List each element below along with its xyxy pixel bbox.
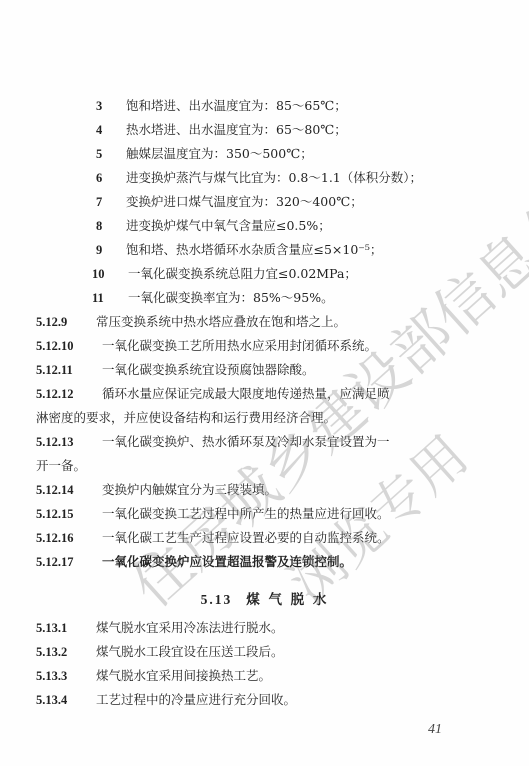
clause-number: 5.12.16 bbox=[36, 530, 102, 546]
item-number: 3 bbox=[96, 98, 126, 114]
clause-bold: 5.12.17一氧化碳变换炉应设置超温报警及连锁控制。 bbox=[36, 554, 352, 570]
clause-text: 变换炉内触媒宜分为三段装填。 bbox=[102, 482, 277, 497]
list-item: 4热水塔进、出水温度宜为：65～80℃； bbox=[96, 122, 347, 138]
item-number: 6 bbox=[96, 170, 126, 186]
clause-number: 5.13.3 bbox=[36, 668, 96, 684]
item-text: 一氧化碳变换率宜为：85%～95%。 bbox=[128, 290, 334, 305]
clause-number: 5.12.9 bbox=[36, 314, 96, 330]
item-text: 一氧化碳变换系统总阻力宜≤0.02MPa； bbox=[128, 266, 357, 281]
clause-text: 一氧化碳变换工艺所用热水应采用封闭循环系统。 bbox=[102, 338, 377, 353]
clause: 5.12.10一氧化碳变换工艺所用热水应采用封闭循环系统。 bbox=[36, 338, 377, 354]
clause-number: 5.13.1 bbox=[36, 620, 96, 636]
section-heading: 5.13煤 气 脱 水 bbox=[0, 588, 529, 608]
clause: 5.13.1煤气脱水宜采用冷冻法进行脱水。 bbox=[36, 620, 284, 636]
section-title: 煤 气 脱 水 bbox=[246, 592, 328, 608]
item-text: 进变换炉煤气中氧气含量应≤0.5%； bbox=[126, 218, 331, 233]
list-item: 11一氧化碳变换率宜为：85%～95%。 bbox=[96, 290, 334, 306]
clause: 5.13.4工艺过程中的冷量应进行充分回收。 bbox=[36, 692, 296, 708]
clause-number: 5.12.13 bbox=[36, 434, 102, 450]
list-item: 6进变换炉蒸汽与煤气比宜为：0.8～1.1（体积分数）； bbox=[96, 170, 422, 186]
clause-text: 煤气脱水宜采用间接换热工艺。 bbox=[96, 668, 271, 683]
item-number: 8 bbox=[96, 218, 126, 234]
clause: 5.13.2煤气脱水工段宜设在压送工段后。 bbox=[36, 644, 284, 660]
list-item: 7变换炉进口煤气温度宜为：320～400℃； bbox=[96, 194, 363, 210]
item-text: 热水塔进、出水温度宜为：65～80℃； bbox=[126, 122, 347, 137]
item-text: 触媒层温度宜为：350～500℃； bbox=[126, 146, 313, 161]
clause-number: 5.12.17 bbox=[36, 554, 102, 570]
list-item: 5触媒层温度宜为：350～500℃； bbox=[96, 146, 313, 162]
clause-text: 一氧化碳变换炉应设置超温报警及连锁控制。 bbox=[102, 554, 352, 569]
clause-text: 煤气脱水宜采用冷冻法进行脱水。 bbox=[96, 620, 284, 635]
item-number: 4 bbox=[96, 122, 126, 138]
clause-text: 一氧化碳变换系统宜设预腐蚀器除酸。 bbox=[102, 362, 315, 377]
clause-text: 循环水量应保证完成最大限度地传递热量，应满足喷 bbox=[102, 386, 390, 401]
clause-number: 5.13.4 bbox=[36, 692, 96, 708]
clause-text: 煤气脱水工段宜设在压送工段后。 bbox=[96, 644, 284, 659]
section-number: 5.13 bbox=[201, 592, 233, 607]
clause-number: 5.12.12 bbox=[36, 386, 102, 402]
item-number: 11 bbox=[92, 290, 128, 306]
clause-number: 5.12.11 bbox=[36, 362, 102, 378]
clause-text: 一氧化碳变换工艺过程中所产生的热量应进行回收。 bbox=[102, 506, 390, 521]
document-page: 3饱和塔进、出水温度宜为：85～65℃； 4热水塔进、出水温度宜为：65～80℃… bbox=[0, 0, 529, 766]
list-item: 10一氧化碳变换系统总阻力宜≤0.02MPa； bbox=[96, 266, 357, 282]
clause-number: 5.12.10 bbox=[36, 338, 102, 354]
list-item: 3饱和塔进、出水温度宜为：85～65℃； bbox=[96, 98, 347, 114]
page-number: 41 bbox=[428, 722, 442, 738]
clause: 5.12.11一氧化碳变换系统宜设预腐蚀器除酸。 bbox=[36, 362, 315, 378]
clause: 5.12.16一氧化碳工艺生产过程应设置必要的自动监控系统。 bbox=[36, 530, 390, 546]
clause-text: 工艺过程中的冷量应进行充分回收。 bbox=[96, 692, 296, 707]
list-item: 8进变换炉煤气中氧气含量应≤0.5%； bbox=[96, 218, 331, 234]
item-number: 9 bbox=[96, 242, 126, 258]
item-text: 饱和塔进、出水温度宜为：85～65℃； bbox=[126, 98, 347, 113]
list-item: 9饱和塔、热水塔循环水杂质含量应≤5×10⁻⁵； bbox=[96, 242, 382, 258]
item-number: 5 bbox=[96, 146, 126, 162]
clause: 5.12.13一氧化碳变换炉、热水循环泵及冷却水泵宜设置为一 bbox=[36, 434, 390, 450]
clause-continuation: 淋密度的要求，并应使设备结构和运行费用经济合理。 bbox=[36, 410, 336, 426]
clause-text: 常压变换系统中热水塔应叠放在饱和塔之上。 bbox=[96, 314, 346, 329]
clause-number: 5.12.14 bbox=[36, 482, 102, 498]
clause: 5.13.3煤气脱水宜采用间接换热工艺。 bbox=[36, 668, 271, 684]
item-number: 10 bbox=[92, 266, 128, 282]
item-number: 7 bbox=[96, 194, 126, 210]
clause: 5.12.9常压变换系统中热水塔应叠放在饱和塔之上。 bbox=[36, 314, 346, 330]
clause: 5.12.15一氧化碳变换工艺过程中所产生的热量应进行回收。 bbox=[36, 506, 390, 522]
clause: 5.12.14变换炉内触媒宜分为三段装填。 bbox=[36, 482, 277, 498]
item-text: 变换炉进口煤气温度宜为：320～400℃； bbox=[126, 194, 363, 209]
clause-text: 一氧化碳变换炉、热水循环泵及冷却水泵宜设置为一 bbox=[102, 434, 390, 449]
clause-number: 5.12.15 bbox=[36, 506, 102, 522]
clause-number: 5.13.2 bbox=[36, 644, 96, 660]
clause-continuation: 开一备。 bbox=[36, 458, 86, 474]
clause-text: 一氧化碳工艺生产过程应设置必要的自动监控系统。 bbox=[102, 530, 390, 545]
clause: 5.12.12循环水量应保证完成最大限度地传递热量，应满足喷 bbox=[36, 386, 390, 402]
item-text: 进变换炉蒸汽与煤气比宜为：0.8～1.1（体积分数）； bbox=[126, 170, 422, 185]
item-text: 饱和塔、热水塔循环水杂质含量应≤5×10⁻⁵； bbox=[126, 242, 382, 257]
